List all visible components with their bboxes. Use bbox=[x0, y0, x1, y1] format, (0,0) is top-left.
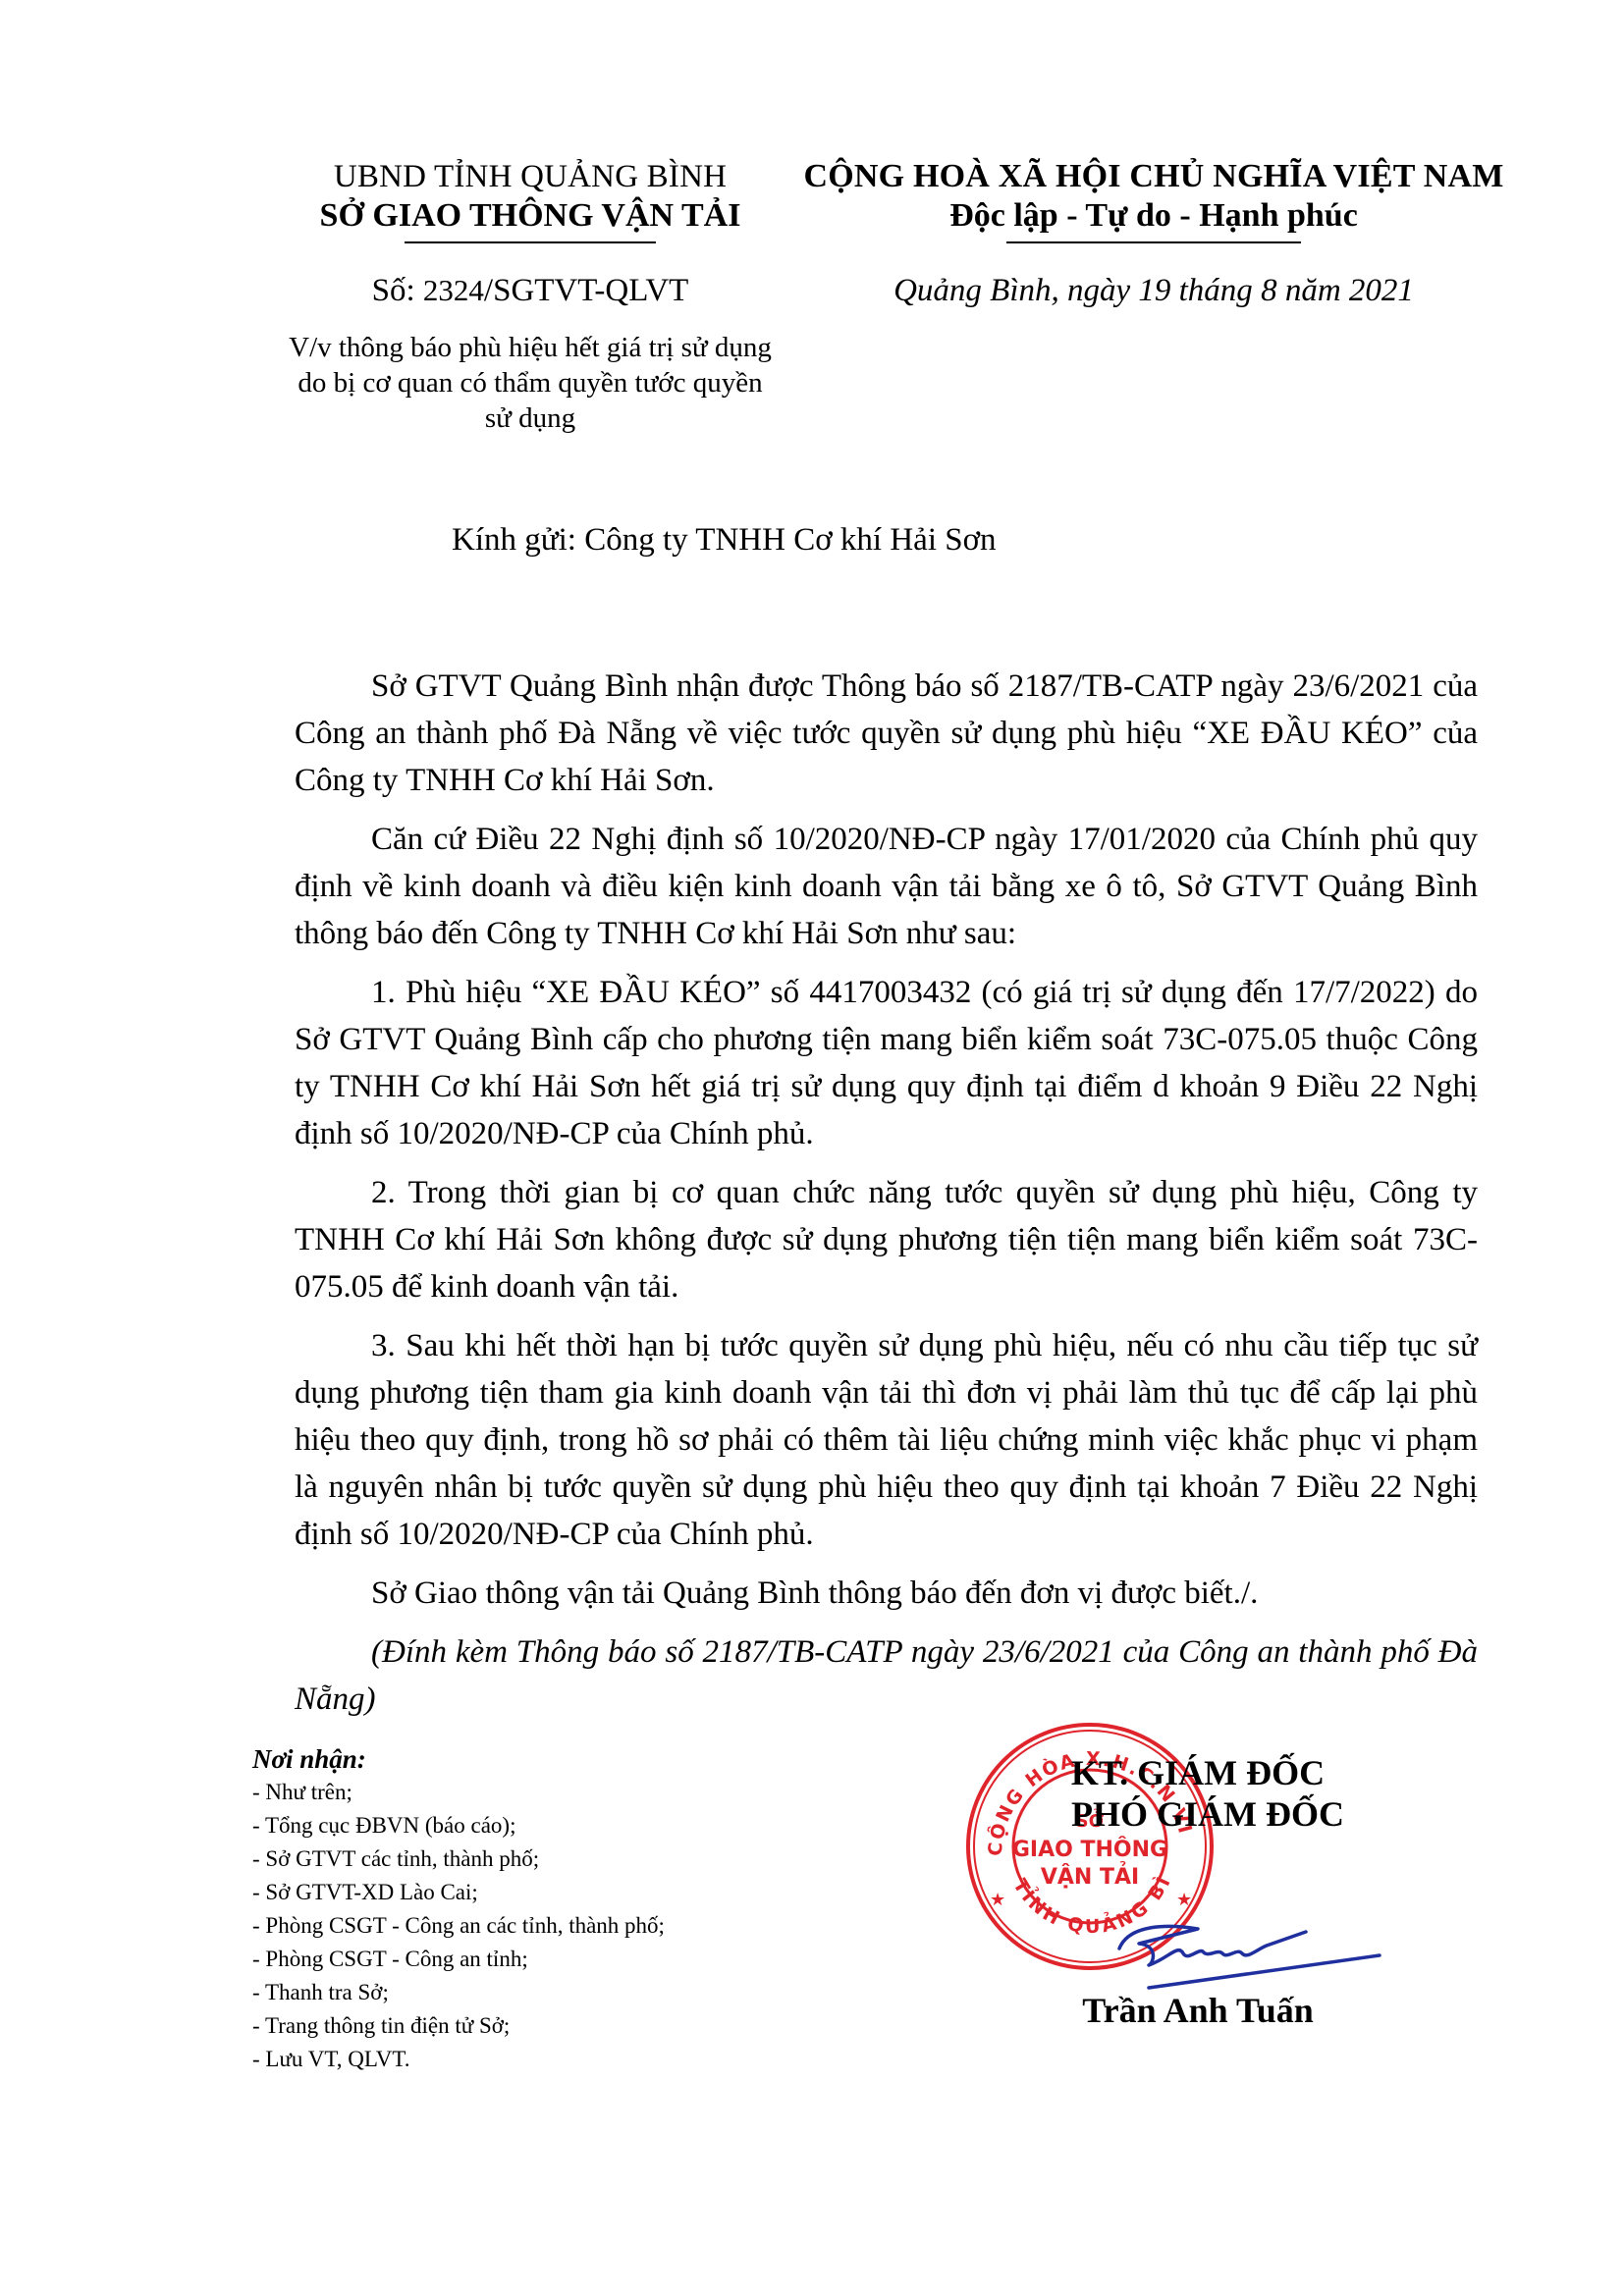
national-title: CỘNG HOÀ XÃ HỘI CHỦ NGHĨA VIỆT NAM bbox=[776, 157, 1532, 196]
doc-number-suffix: /SGTVT-QLVT bbox=[484, 273, 688, 308]
distribution-item: - Như trên; bbox=[252, 1776, 881, 1809]
body-paragraph: Sở Giao thông vận tải Quảng Bình thông b… bbox=[295, 1570, 1478, 1617]
body-paragraph: 1. Phù hiệu “XE ĐẦU KÉO” số 4417003432 (… bbox=[295, 969, 1478, 1157]
distribution-item: - Phòng CSGT - Công an các tỉnh, thành p… bbox=[252, 1909, 881, 1943]
distribution-item: - Sở GTVT-XD Lào Cai; bbox=[252, 1876, 881, 1909]
date-year-label: năm bbox=[1277, 273, 1349, 308]
distribution-item: - Phòng CSGT - Công an tỉnh; bbox=[252, 1943, 881, 1976]
agency-parent: UBND TỈNH QUẢNG BÌNH bbox=[255, 157, 805, 196]
signer-role-line1: KT. GIÁM ĐỐC bbox=[962, 1752, 1434, 1793]
body-paragraph: Sở GTVT Quảng Bình nhận được Thông báo s… bbox=[295, 663, 1478, 804]
issuing-agency-block: UBND TỈNH QUẢNG BÌNH SỞ GIAO THÔNG VẬN T… bbox=[255, 157, 805, 436]
distribution-item: - Trang thông tin điện tử Sở; bbox=[252, 2009, 881, 2043]
distribution-title: Nơi nhận: bbox=[252, 1742, 881, 1776]
date-month: 8 bbox=[1261, 273, 1277, 308]
national-motto: Độc lập - Tự do - Hạnh phúc bbox=[776, 196, 1532, 236]
date-month-label: tháng bbox=[1170, 273, 1261, 308]
national-heading-block: CỘNG HOÀ XÃ HỘI CHỦ NGHĨA VIỆT NAM Độc l… bbox=[776, 157, 1532, 310]
addressee: Kính gửi: Công ty TNHH Cơ khí Hải Sơn bbox=[452, 520, 997, 560]
distribution-item: - Sở GTVT các tỉnh, thành phố; bbox=[252, 1842, 881, 1876]
official-letter-page: UBND TỈNH QUẢNG BÌNH SỞ GIAO THÔNG VẬN T… bbox=[0, 0, 1624, 2296]
attachment-note: (Đính kèm Thông báo số 2187/TB-CATP ngày… bbox=[295, 1629, 1478, 1723]
distribution-item: - Thanh tra Sở; bbox=[252, 1976, 881, 2009]
document-subject: V/v thông báo phù hiệu hết giá trị sử dụ… bbox=[255, 330, 805, 436]
doc-number-label: Số: bbox=[372, 273, 423, 308]
handwritten-signature-icon bbox=[1110, 1904, 1384, 1993]
signature-block: CỘNG HÒA X.H.C.N VIỆT NAM TỈNH QUẢNG BÌN… bbox=[943, 1723, 1414, 2076]
body-paragraph: Căn cứ Điều 22 Nghị định số 10/2020/NĐ-C… bbox=[295, 816, 1478, 957]
distribution-item: - Tổng cục ĐBVN (báo cáo); bbox=[252, 1809, 881, 1842]
place-and-date: Quảng Bình, ngày 19 tháng 8 năm 2021 bbox=[776, 271, 1532, 310]
motto-underline bbox=[1006, 241, 1301, 243]
place-date-prefix: Quảng Bình, ngày bbox=[893, 273, 1138, 308]
body-paragraph: 2. Trong thời gian bị cơ quan chức năng … bbox=[295, 1169, 1478, 1310]
distribution-item: - Lưu VT, QLVT. bbox=[252, 2043, 881, 2076]
signer-role-line2: PHÓ GIÁM ĐỐC bbox=[972, 1793, 1443, 1835]
date-day: 19 bbox=[1138, 273, 1170, 308]
svg-text:GIAO THÔNG: GIAO THÔNG bbox=[1012, 1837, 1167, 1862]
letter-body: Sở GTVT Quảng Bình nhận được Thông báo s… bbox=[295, 663, 1478, 1735]
document-number: Số: 2324/SGTVT-QLVT bbox=[255, 271, 805, 310]
doc-number-value: 2324 bbox=[423, 273, 484, 307]
agency-name: SỞ GIAO THÔNG VẬN TẢI bbox=[255, 196, 805, 236]
date-year: 2021 bbox=[1349, 273, 1414, 308]
signer-name: Trần Anh Tuấn bbox=[962, 1990, 1434, 2031]
distribution-list: Nơi nhận: - Như trên; - Tổng cục ĐBVN (b… bbox=[252, 1742, 881, 2076]
body-paragraph: 3. Sau khi hết thời hạn bị tước quyền sử… bbox=[295, 1322, 1478, 1558]
svg-text:VẬN TẢI: VẬN TẢI bbox=[1041, 1862, 1139, 1890]
agency-underline bbox=[405, 241, 656, 243]
svg-text:★: ★ bbox=[990, 1890, 1005, 1910]
